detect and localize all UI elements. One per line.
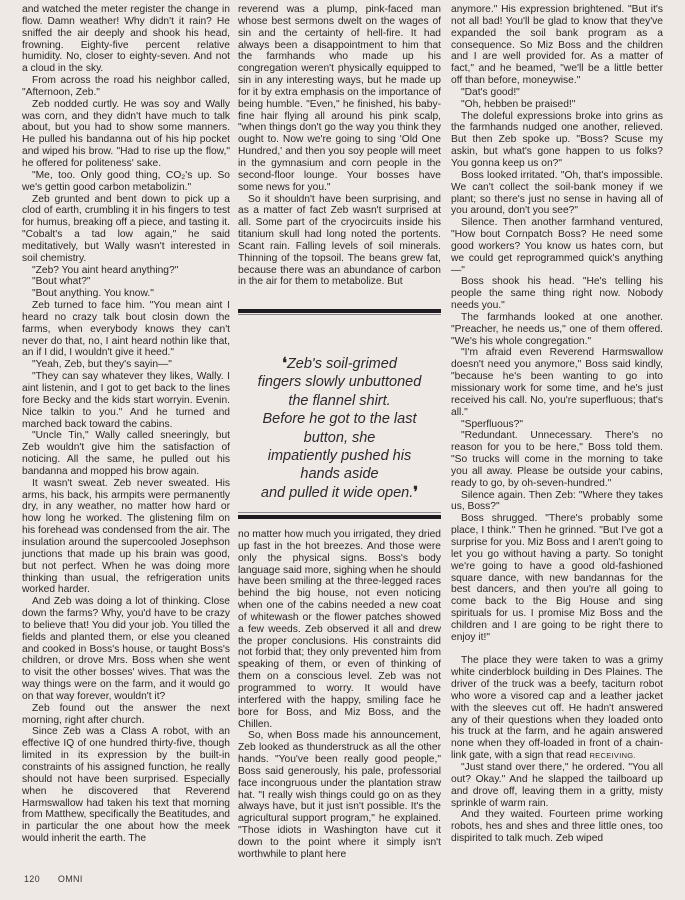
paragraph: "Redundant. Unnecessary. There's no reas… [451,430,663,489]
paragraph: "Just stand over there," he ordered. "Yo… [451,762,663,809]
paragraph: From across the road his neighbor called… [22,75,230,99]
pull-quote-bottom-rule [238,515,441,519]
page-number: 120 [24,874,40,884]
paragraph: and watched the meter register the chang… [22,4,230,75]
paragraph: Boss shrugged. "There's probably some pl… [451,513,663,643]
paragraph: Zeb nodded curtly. He was soy and Wally … [22,99,230,170]
paragraph: The farmhands looked at one another. "Pr… [451,312,663,348]
paragraph: Zeb turned to face him. "You mean aint I… [22,300,230,359]
pull-quote-line: Zeb's soil-grimed [287,356,397,372]
paragraph: "Zeb? You aint heard anything?" [22,265,230,277]
text-column-3: anymore." His expression brightened. "Bu… [451,4,663,845]
paragraph: Silence. Then another farmhand ventured,… [451,217,663,276]
paragraph-text: The place they were taken to was a grimy… [451,655,663,761]
pull-quote-line: button, she [304,430,376,446]
paragraph: Silence again. Then Zeb: "Where they tak… [451,490,663,514]
section-break-paragraph: The place they were taken to was a grimy… [451,655,663,762]
paragraph: "Uncle Tin," Wally called sneeringly, bu… [22,430,230,477]
paragraph: So it shouldn't have been surprising, an… [238,194,441,289]
paragraph: no matter how much you irrigated, they d… [238,529,441,730]
paragraph: anymore." His expression brightened. "Bu… [451,4,663,87]
paragraph: Boss shook his head. "He's telling his p… [451,276,663,312]
pull-quote: ❛Zeb's soil-grimed fingers slowly unbutt… [238,305,441,520]
pull-quote-top-rule [238,309,441,313]
paragraph: The doleful expressions broke into grins… [451,111,663,170]
magazine-page: and watched the meter register the chang… [0,0,685,900]
paragraph: "Sperfluous?" [451,419,663,431]
paragraph: So, when Boss made his announcement, Zeb… [238,730,441,860]
pull-quote-text: ❛Zeb's soil-grimed fingers slowly unbutt… [238,355,441,502]
paragraph: "Bout anything. You know." [22,288,230,300]
paragraph: Zeb grunted and bent down to pick up a c… [22,194,230,265]
pull-quote-line: hands aside [300,466,378,482]
paragraph: Boss looked irritated. "Oh, that's impos… [451,170,663,217]
paragraph: "Me, too. Only good thing, CO₂'s up. So … [22,170,230,194]
pull-quote-line: the flannel shirt. [288,393,390,409]
text-column-2-top: reverend was a plump, pink-faced man who… [238,4,441,288]
paragraph: "Dat's good!" [451,87,663,99]
text-column-1: and watched the meter register the chang… [22,4,230,845]
paragraph: "I'm afraid even Reverend Harmswallow do… [451,347,663,418]
page-footer: 120OMNI [24,874,101,884]
paragraph: Zeb found out the answer the next mornin… [22,703,230,727]
paragraph: "Yeah, Zeb, but they's sayin—" [22,359,230,371]
paragraph: "Bout what?" [22,276,230,288]
paragraph: Since Zeb was a Class A robot, with an e… [22,726,230,844]
paragraph: "They can say whatever they likes, Wally… [22,371,230,430]
sign-text: RECEIVING. [589,751,635,760]
paragraph: And Zeb was doing a lot of thinking. Clo… [22,596,230,703]
paragraph: And they waited. Fourteen prime working … [451,809,663,845]
magazine-name: OMNI [58,874,83,884]
text-column-2-bottom: no matter how much you irrigated, they d… [238,529,441,861]
paragraph: "Oh, hebben be praised!" [451,99,663,111]
pull-quote-line: fingers slowly unbuttoned [258,374,422,390]
pull-quote-line: impatiently pushed his [268,448,411,464]
pull-quote-line: and pulled it wide open. [261,485,413,501]
close-quote-icon: ❜ [413,484,418,501]
paragraph: It wasn't sweat. Zeb never sweated. His … [22,478,230,596]
pull-quote-line: Before he got to the last [263,411,417,427]
paragraph: reverend was a plump, pink-faced man who… [238,4,441,194]
